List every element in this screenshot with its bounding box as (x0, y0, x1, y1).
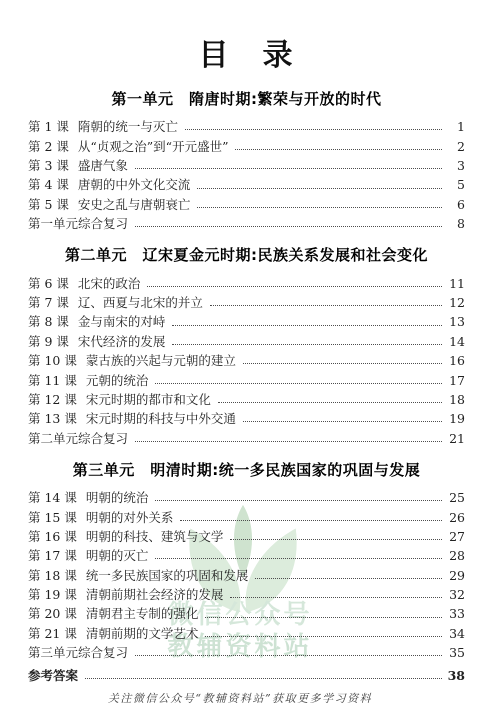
dot-leader (205, 617, 442, 618)
dot-leader (135, 168, 442, 169)
entry-title: 统一多民族国家的巩固和发展 (86, 569, 249, 582)
toc-page: 微信公众号 教辅资料站 目 录 第一单元 隋唐时期:繁荣与开放的时代 第 1 课… (0, 0, 480, 713)
entry-title: 明朝的科技、建筑与文学 (86, 530, 224, 543)
lesson-number: 第 5 课 (28, 198, 69, 211)
lesson-number: 第 1 课 (28, 120, 69, 133)
lesson-number: 第 4 课 (28, 178, 69, 191)
page-number: 17 (447, 374, 465, 387)
lesson-number: 第 11 课 (28, 374, 77, 387)
page-number: 11 (447, 277, 465, 290)
lesson-number: 第 10 课 (28, 354, 77, 367)
lesson-number: 第 15 课 (28, 511, 77, 524)
lesson-number: 第 9 课 (28, 335, 69, 348)
entry-title: 唐朝的中外文化交流 (78, 178, 191, 191)
dot-leader (197, 188, 442, 189)
dot-leader (235, 149, 442, 150)
page-number: 32 (447, 588, 465, 601)
lesson-number: 第 19 课 (28, 588, 77, 601)
unit-1-heading: 第一单元 隋唐时期:繁荣与开放的时代 (28, 88, 465, 109)
entry-title: 宋代经济的发展 (78, 335, 166, 348)
page-number: 19 (447, 412, 465, 425)
entry-title: 第一单元综合复习 (28, 217, 128, 230)
entry-title: 第三单元综合复习 (28, 646, 128, 659)
footer-note: 关注微信公众号“教辅资料站”获取更多学习资料 (0, 690, 480, 706)
entry-title: 隋朝的统一与灭亡 (78, 120, 178, 133)
page-number: 28 (447, 549, 465, 562)
entry-title: 第二单元综合复习 (28, 432, 128, 445)
lesson-number: 第 8 课 (28, 315, 69, 328)
page-number: 2 (447, 140, 465, 153)
toc-entry: 第 13 课 宋元时期的科技与中外交通 19 (28, 406, 465, 425)
dot-leader (218, 402, 442, 403)
dot-leader (255, 578, 442, 579)
entry-title: 明朝的对外关系 (86, 511, 174, 524)
page-number: 26 (447, 511, 465, 524)
toc-entry: 第 1 课 隋朝的统一与灭亡 1 (28, 114, 465, 133)
entry-title: 蒙古族的兴起与元朝的建立 (86, 354, 236, 367)
toc-entry: 第 19 课 清朝前期社会经济的发展 32 (28, 582, 465, 601)
lesson-number: 第 7 课 (28, 296, 69, 309)
page-number: 29 (447, 569, 465, 582)
toc-entry: 第 11 课 元朝的统治 17 (28, 367, 465, 386)
dot-leader (172, 344, 442, 345)
lesson-number: 第 20 课 (28, 607, 77, 620)
dot-leader (155, 500, 442, 501)
dot-leader (205, 636, 442, 637)
page-number: 14 (447, 335, 465, 348)
dot-leader (85, 678, 442, 679)
toc-entry: 第 17 课 明朝的灭亡 28 (28, 543, 465, 562)
page-number: 21 (447, 432, 465, 445)
page-number: 6 (447, 198, 465, 211)
dot-leader (135, 226, 442, 227)
toc-entry-unit-review: 第二单元综合复习 21 (28, 425, 465, 444)
toc-entry-answers: 参考答案 38 (28, 662, 465, 681)
toc-entry: 第 16 课 明朝的科技、建筑与文学 27 (28, 524, 465, 543)
lesson-number: 第 18 课 (28, 569, 77, 582)
lesson-number: 第 2 课 (28, 140, 69, 153)
entry-title: 清朝前期的文学艺术 (86, 627, 199, 640)
unit-2-heading: 第二单元 辽宋夏金元时期:民族关系发展和社会变化 (28, 244, 465, 265)
lesson-number: 第 17 课 (28, 549, 77, 562)
toc-entry: 第 9 课 宋代经济的发展 14 (28, 329, 465, 348)
toc-entry-unit-review: 第一单元综合复习 8 (28, 211, 465, 230)
page-number: 27 (447, 530, 465, 543)
dot-leader (180, 520, 442, 521)
dot-leader (172, 325, 442, 326)
unit-3-heading: 第三单元 明清时期:统一多民族国家的巩固与发展 (28, 459, 465, 480)
toc-entry: 第 8 课 金与南宋的对峙 13 (28, 309, 465, 328)
entry-title: 清朝君主专制的强化 (86, 607, 199, 620)
entry-title: 北宋的政治 (78, 277, 141, 290)
dot-leader (135, 441, 442, 442)
toc-entry: 第 15 课 明朝的对外关系 26 (28, 504, 465, 523)
page-number: 1 (447, 120, 465, 133)
entry-title: 辽、西夏与北宋的并立 (78, 296, 203, 309)
page-number: 12 (447, 296, 465, 309)
page-title: 目 录 (28, 0, 465, 74)
entry-title: 从“贞观之治”到“开元盛世” (78, 140, 229, 153)
toc-entry: 第 4 课 唐朝的中外文化交流 5 (28, 172, 465, 191)
page-number: 25 (447, 491, 465, 504)
toc-entry: 第 21 课 清朝前期的文学艺术 34 (28, 621, 465, 640)
page-number: 5 (447, 178, 465, 191)
lesson-number: 第 16 课 (28, 530, 77, 543)
toc-entry: 第 5 课 安史之乱与唐朝衰亡 6 (28, 192, 465, 211)
toc-entry: 第 10 课 蒙古族的兴起与元朝的建立 16 (28, 348, 465, 367)
dot-leader (147, 286, 442, 287)
page-number: 18 (447, 393, 465, 406)
dot-leader (197, 207, 442, 208)
dot-leader (135, 655, 442, 656)
page-number: 3 (447, 159, 465, 172)
entry-title: 宋元时期的都市和文化 (86, 393, 211, 406)
lesson-number: 第 14 课 (28, 491, 77, 504)
entry-title: 参考答案 (28, 669, 78, 682)
entry-title: 金与南宋的对峙 (78, 315, 166, 328)
entry-title: 安史之乱与唐朝衰亡 (78, 198, 191, 211)
lesson-number: 第 12 课 (28, 393, 77, 406)
toc-entry: 第 3 课 盛唐气象 3 (28, 153, 465, 172)
dot-leader (243, 363, 442, 364)
dot-leader (230, 597, 442, 598)
page-number: 8 (447, 217, 465, 230)
lesson-number: 第 13 课 (28, 412, 77, 425)
page-number: 34 (447, 627, 465, 640)
dot-leader (155, 558, 442, 559)
dot-leader (155, 383, 442, 384)
toc-entry-unit-review: 第三单元综合复习 35 (28, 640, 465, 659)
toc-entry: 第 14 课 明朝的统治 25 (28, 485, 465, 504)
entry-title: 明朝的灭亡 (86, 549, 149, 562)
lesson-number: 第 21 课 (28, 627, 77, 640)
lesson-number: 第 6 课 (28, 277, 69, 290)
toc-entry: 第 6 课 北宋的政治 11 (28, 270, 465, 289)
dot-leader (243, 421, 442, 422)
page-number: 38 (447, 669, 465, 682)
entry-title: 元朝的统治 (86, 374, 149, 387)
entry-title: 清朝前期社会经济的发展 (86, 588, 224, 601)
page-number: 13 (447, 315, 465, 328)
page-number: 16 (447, 354, 465, 367)
toc-entry: 第 20 课 清朝君主专制的强化 33 (28, 601, 465, 620)
dot-leader (210, 305, 442, 306)
toc-entry: 第 2 课 从“贞观之治”到“开元盛世” 2 (28, 133, 465, 152)
toc-entry: 第 12 课 宋元时期的都市和文化 18 (28, 387, 465, 406)
lesson-number: 第 3 课 (28, 159, 69, 172)
entry-title: 宋元时期的科技与中外交通 (86, 412, 236, 425)
dot-leader (230, 539, 442, 540)
toc-content: 目 录 第一单元 隋唐时期:繁荣与开放的时代 第 1 课 隋朝的统一与灭亡 1 … (0, 0, 480, 682)
entry-title: 盛唐气象 (78, 159, 128, 172)
entry-title: 明朝的统治 (86, 491, 149, 504)
page-number: 33 (447, 607, 465, 620)
toc-entry: 第 18 课 统一多民族国家的巩固和发展 29 (28, 562, 465, 581)
dot-leader (185, 129, 442, 130)
toc-entry: 第 7 课 辽、西夏与北宋的并立 12 (28, 290, 465, 309)
page-number: 35 (447, 646, 465, 659)
